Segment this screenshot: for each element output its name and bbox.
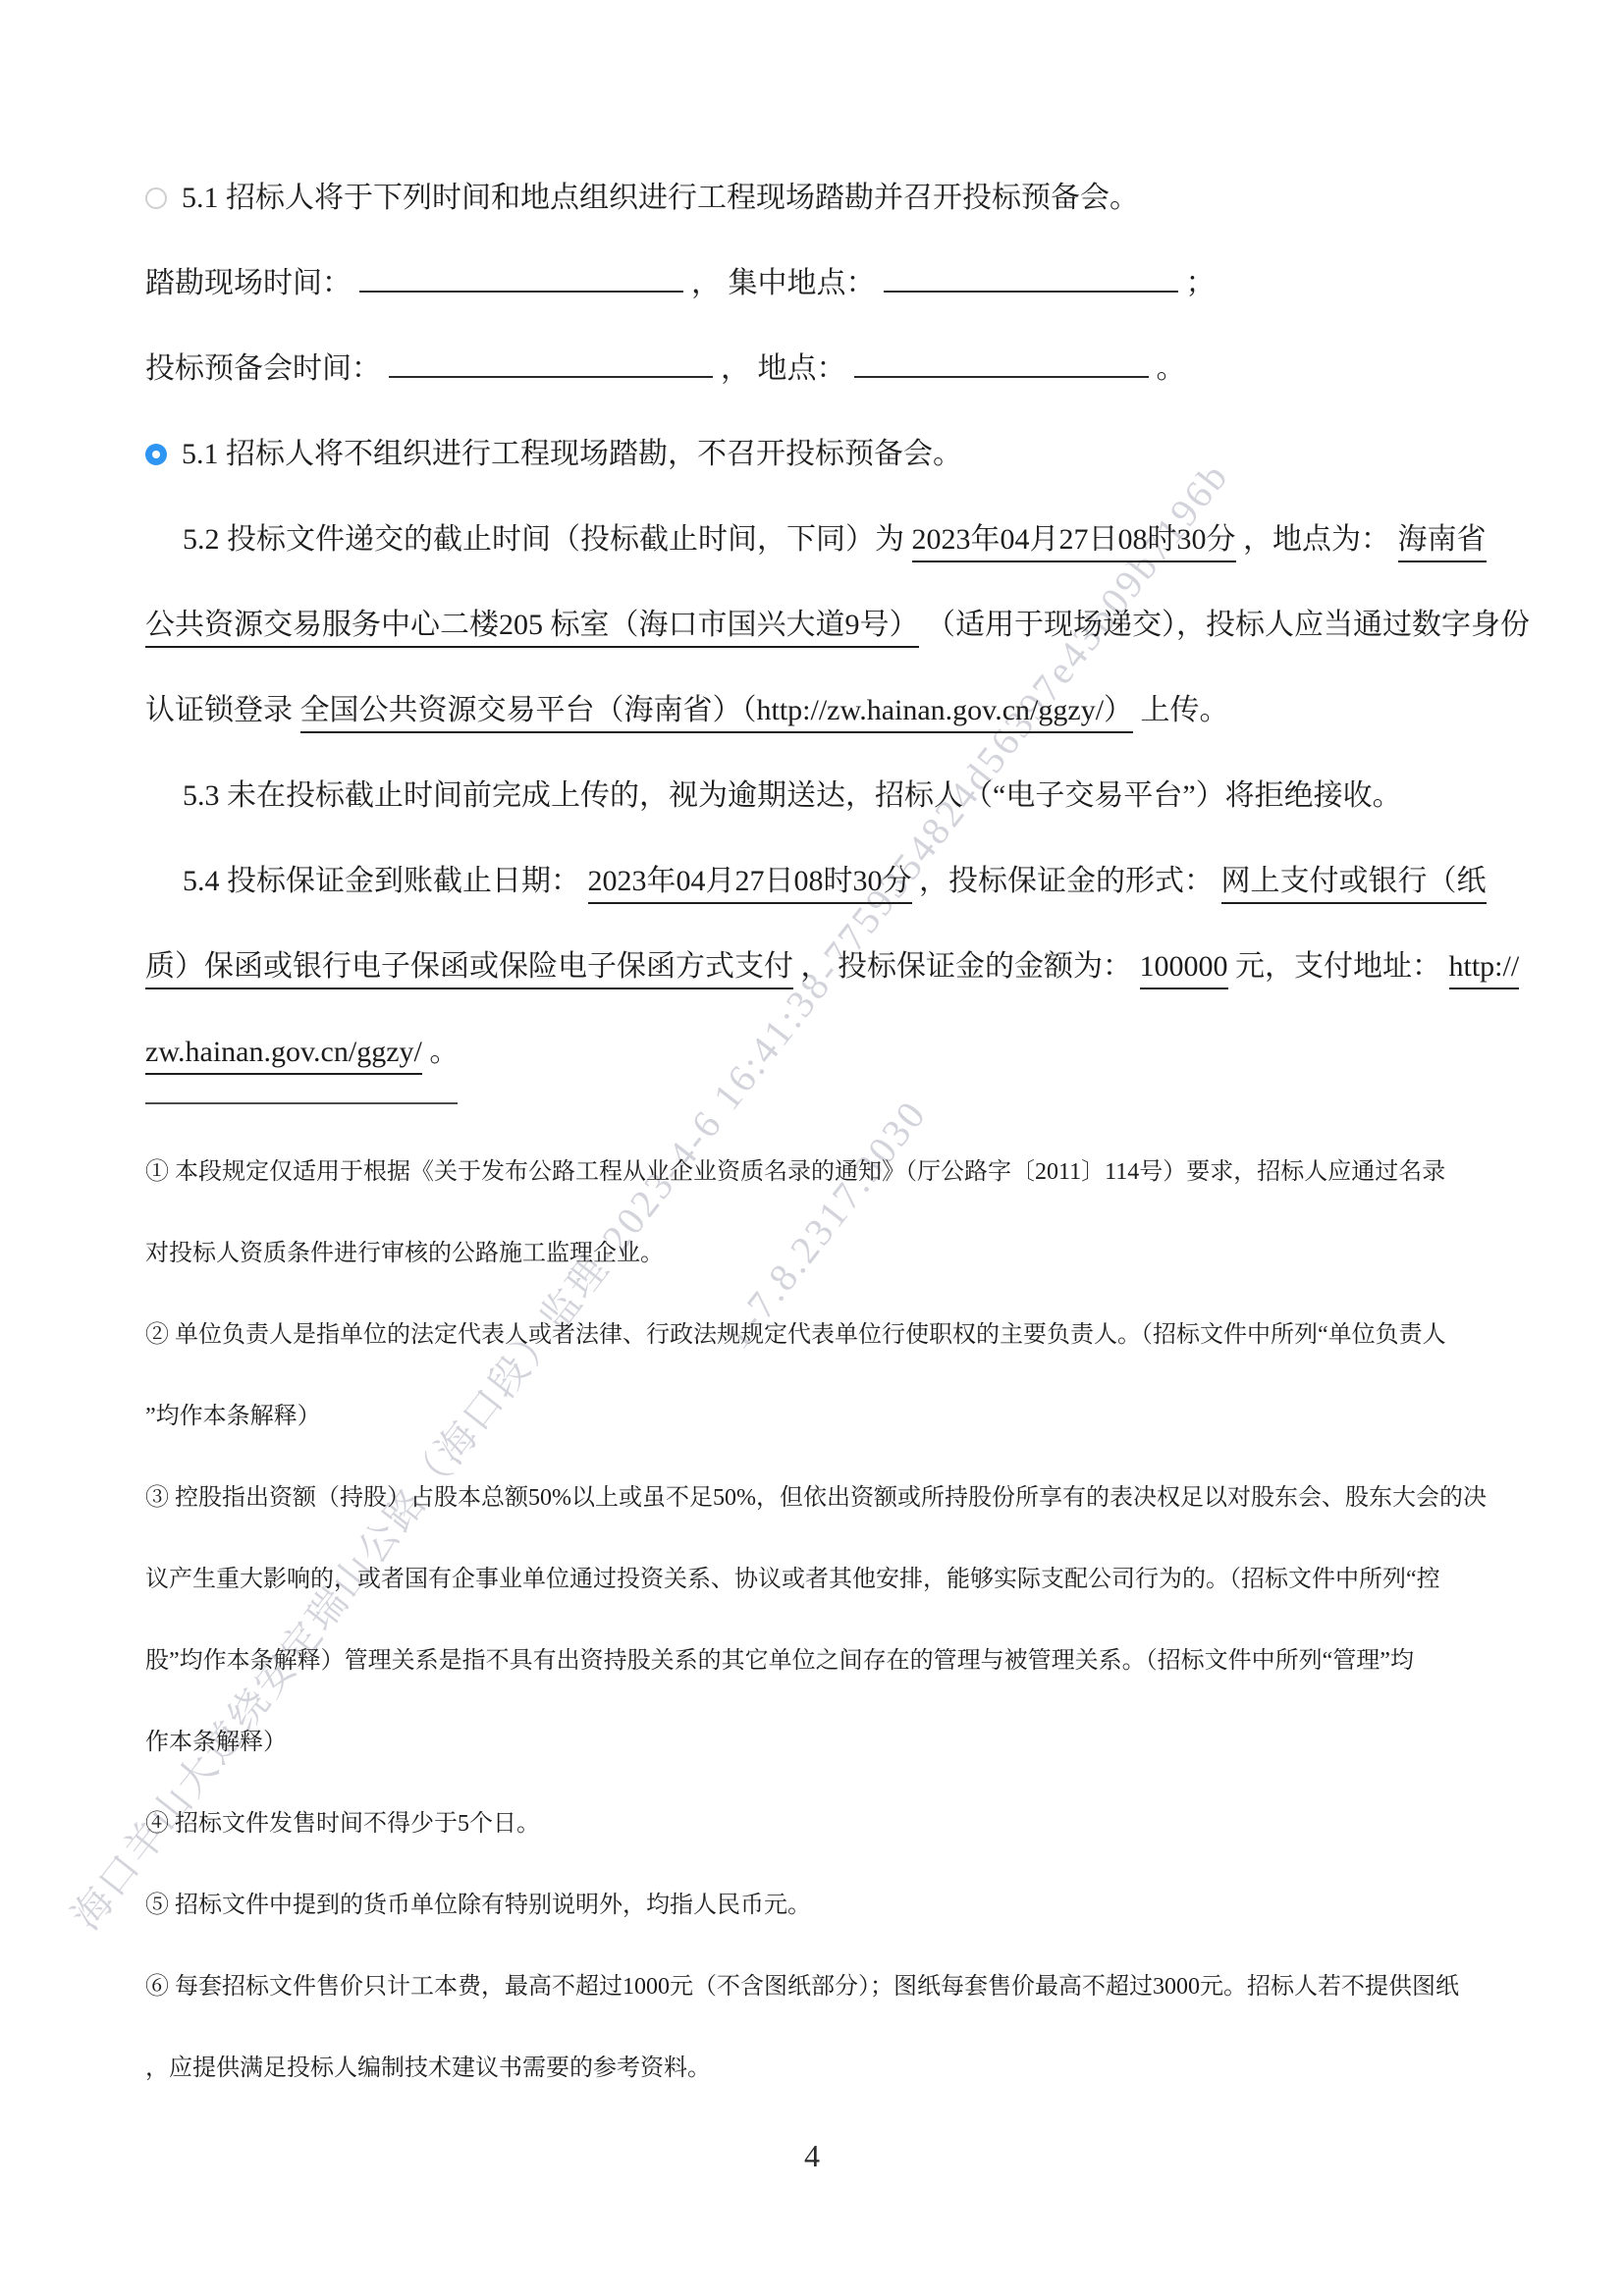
footnotes-section: ① 本段规定仅适用于根据《关于发布公路工程从业企业资质名录的通知》（厅公路字〔2…: [145, 1132, 1540, 2109]
blank-underline-site-visit-place: [884, 261, 1178, 293]
footnote-2-line-2: ”均作本条解释）: [145, 1376, 1540, 1458]
clause-5-4-text: ，投标保证金的形式：: [912, 865, 1221, 897]
radio-site-visit-option[interactable]: [145, 187, 167, 209]
clause-5-4-line-1: 5.4 投标保证金到账截止日期： 2023年04月27日08时30分 ，投标保证…: [145, 838, 1540, 924]
clause-5-3-line-1: 5.3 未在投标截止时间前完成上传的，视为逾期送达，招标人（“电子交易平台”）将…: [145, 753, 1540, 838]
clause-5-4-line-2: 质）保函或银行电子保函或保险电子保函方式支付 ， 投标保证金的金额为： 1000…: [145, 924, 1540, 1009]
submission-place-value-cont: 公共资源交易服务中心二楼205 标室（海口市国兴大道9号）: [145, 609, 919, 648]
footnote-1-line-1: ① 本段规定仅适用于根据《关于发布公路工程从业企业资质名录的通知》（厅公路字〔2…: [145, 1132, 1540, 1213]
blank-underline-pre-bid-time: [389, 347, 713, 378]
clause-5-2-text: （适用于现场递交），投标人应当通过数字身份: [919, 609, 1531, 641]
footnote-1-line-2: 对投标人资质条件进行审核的公路施工监理企业。: [145, 1213, 1540, 1295]
submission-place-value-start: 海南省: [1398, 523, 1487, 562]
site-visit-time-label: 踏勘现场时间：: [145, 267, 352, 299]
clause-5-2-line-3: 认证锁登录 全国公共资源交易平台（海南省）（http://zw.hainan.g…: [145, 667, 1540, 753]
clause-5-4-text: 元，支付地址：: [1228, 950, 1449, 983]
clause-5-4-text: ， 投标保证金的金额为：: [793, 950, 1140, 983]
clause-5-2-text: 上传。: [1133, 694, 1229, 726]
footnote-5-line-1: ⑤ 招标文件中提到的货币单位除有特别说明外，均指人民币元。: [145, 1865, 1540, 1947]
clause-5-2-line-2: 公共资源交易服务中心二楼205 标室（海口市国兴大道9号） （适用于现场递交），…: [145, 582, 1540, 667]
clause-5-4-text: 。: [422, 1036, 460, 1068]
deposit-amount-value: 100000: [1140, 950, 1228, 989]
clause-5-2-line-1: 5.2 投标文件递交的截止时间（投标截止时间，下同）为 2023年04月27日0…: [145, 497, 1540, 582]
footnote-6-line-1: ⑥ 每套招标文件售价只计工本费，最高不超过1000元（不含图纸部分）；图纸每套售…: [145, 1947, 1540, 2028]
clause-5-3-text: 5.3 未在投标截止时间前完成上传的，视为逾期送达，招标人（“电子交易平台”）将…: [183, 779, 1402, 812]
deposit-form-value-cont: 质）保函或银行电子保函或保险电子保函方式支付: [145, 950, 793, 989]
pre-bid-end-punct: 。: [1157, 352, 1186, 385]
footnote-4-line-1: ④ 招标文件发售时间不得少于5个日。: [145, 1784, 1540, 1865]
option-site-visit-label: 5.1 招标人将于下列时间和地点组织进行工程现场踏勘并召开投标预备会。: [182, 155, 1139, 240]
footnote-3-line-1: ③ 控股指出资额（持股）占股本总额50%以上或虽不足50%，但依出资额或所持股份…: [145, 1458, 1540, 1539]
clause-5-4-line-3: zw.hainan.gov.cn/ggzy/ 。: [145, 1009, 1540, 1095]
radio-no-site-visit-option[interactable]: [145, 444, 167, 465]
pre-bid-time-label: 投标预备会时间：: [145, 352, 381, 385]
document-page-content: 5.1 招标人将于下列时间和地点组织进行工程现场踏勘并召开投标预备会。 踏勘现场…: [145, 155, 1540, 2109]
deposit-deadline-value: 2023年04月27日08时30分: [588, 865, 912, 904]
pre-bid-mid-label: ， 地点：: [721, 352, 846, 385]
payment-url-value-start: http://: [1449, 950, 1520, 989]
clause-5-2-text: 5.2 投标文件递交的截止时间（投标截止时间，下同）为: [183, 523, 912, 556]
blank-underline-site-visit-time: [359, 261, 683, 293]
page-number: 4: [0, 2138, 1624, 2174]
deposit-form-value-start: 网上支付或银行（纸: [1221, 865, 1487, 904]
fill-row-site-visit: 踏勘现场时间：， 集中地点：；: [145, 240, 1540, 326]
option-no-site-visit-label: 5.1 招标人将不组织进行工程现场踏勘，不召开投标预备会。: [182, 411, 962, 497]
clause-5-2-text: ，地点为：: [1236, 523, 1398, 556]
payment-url-value-cont: zw.hainan.gov.cn/ggzy/: [145, 1036, 422, 1075]
footnote-2-line-1: ② 单位负责人是指单位的法定代表人或者法律、行政法规规定代表单位行使职权的主要负…: [145, 1295, 1540, 1376]
deadline-datetime-value: 2023年04月27日08时30分: [912, 523, 1236, 562]
clause-5-2-text: 认证锁登录: [145, 694, 300, 726]
footnote-6-line-2: ，应提供满足投标人编制技术建议书需要的参考资料。: [145, 2028, 1540, 2109]
footnote-3-line-2: 议产生重大影响的，或者国有企事业单位通过投资关系、协议或者其他安排，能够实际支配…: [145, 1539, 1540, 1621]
option-row-no-site-visit: 5.1 招标人将不组织进行工程现场踏勘，不召开投标预备会。: [145, 411, 1540, 497]
platform-url-value: 全国公共资源交易平台（海南省）（http://zw.hainan.gov.cn/…: [300, 694, 1134, 733]
fill-row-pre-bid-meeting: 投标预备会时间：， 地点：。: [145, 326, 1540, 411]
site-visit-end-punct: ；: [1186, 267, 1216, 299]
clause-5-4-text: 5.4 投标保证金到账截止日期：: [183, 865, 588, 897]
site-visit-mid-label: ， 集中地点：: [691, 267, 876, 299]
footnote-divider: [145, 1102, 458, 1104]
footnote-3-line-3: 股”均作本条解释）管理关系是指不具有出资持股关系的其它单位之间存在的管理与被管理…: [145, 1621, 1540, 1702]
footnote-3-line-4: 作本条解释）: [145, 1702, 1540, 1784]
blank-underline-pre-bid-place: [854, 347, 1149, 378]
option-row-site-visit: 5.1 招标人将于下列时间和地点组织进行工程现场踏勘并召开投标预备会。: [145, 155, 1540, 240]
